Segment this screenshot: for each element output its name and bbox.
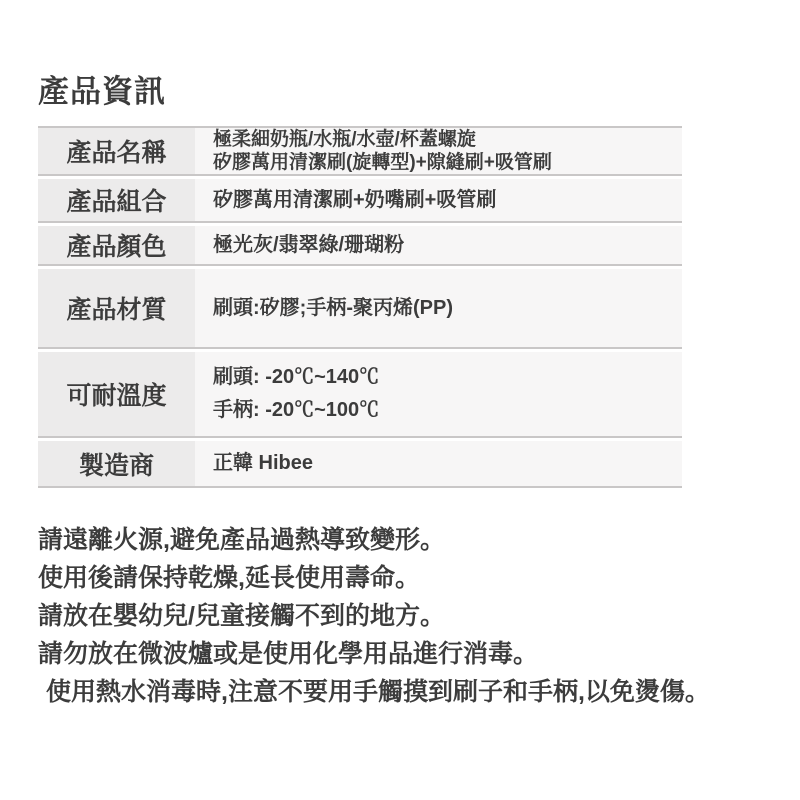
value-line: 手柄: -20℃~100℃ (213, 394, 682, 427)
note-line: 請放在嬰幼兒/兒童接觸不到的地方。 (38, 597, 762, 635)
row-label: 製造商 (38, 441, 195, 486)
table-row-temperature-tolerance: 可耐溫度 刷頭: -20℃~140℃ 手柄: -20℃~100℃ (38, 352, 682, 438)
value-line: 極光灰/翡翠綠/珊瑚粉 (213, 232, 682, 259)
row-value: 矽膠萬用清潔刷+奶嘴刷+吸管刷 (195, 179, 682, 221)
value-line: 刷頭: -20℃~140℃ (213, 361, 682, 394)
table-row-product-name: 產品名稱 極柔細奶瓶/水瓶/水壺/杯蓋螺旋 矽膠萬用清潔刷(旋轉型)+隙縫刷+吸… (38, 128, 682, 176)
row-label: 產品材質 (38, 269, 195, 347)
table-row-product-combo: 產品組合 矽膠萬用清潔刷+奶嘴刷+吸管刷 (38, 179, 682, 223)
row-value: 正韓 Hibee (195, 441, 682, 486)
note-line: 使用後請保持乾燥,延長使用壽命。 (38, 559, 762, 597)
row-label: 產品名稱 (38, 128, 195, 174)
note-line: 請勿放在微波爐或是使用化學用品進行消毒。 (38, 635, 762, 673)
table-row-product-color: 產品顏色 極光灰/翡翠綠/珊瑚粉 (38, 226, 682, 266)
row-label: 產品顏色 (38, 226, 195, 264)
table-row-product-material: 產品材質 刷頭:矽膠;手柄-聚丙烯(PP) (38, 269, 682, 349)
product-info-page: 產品資訊 產品名稱 極柔細奶瓶/水瓶/水壺/杯蓋螺旋 矽膠萬用清潔刷(旋轉型)+… (0, 0, 800, 800)
row-label: 產品組合 (38, 179, 195, 221)
row-value: 刷頭: -20℃~140℃ 手柄: -20℃~100℃ (195, 352, 682, 436)
page-title: 產品資訊 (38, 0, 762, 112)
usage-notes: 請遠離火源,避免產品過熱導致變形。 使用後請保持乾燥,延長使用壽命。 請放在嬰幼… (38, 521, 762, 711)
table-row-manufacturer: 製造商 正韓 Hibee (38, 441, 682, 488)
note-line: 請遠離火源,避免產品過熱導致變形。 (38, 521, 762, 559)
value-line: 正韓 Hibee (213, 450, 682, 477)
row-label: 可耐溫度 (38, 352, 195, 436)
row-value: 刷頭:矽膠;手柄-聚丙烯(PP) (195, 269, 682, 347)
value-line: 刷頭:矽膠;手柄-聚丙烯(PP) (213, 295, 682, 322)
value-line: 矽膠萬用清潔刷+奶嘴刷+吸管刷 (213, 187, 682, 214)
value-line: 矽膠萬用清潔刷(旋轉型)+隙縫刷+吸管刷 (213, 151, 682, 174)
value-line: 極柔細奶瓶/水瓶/水壺/杯蓋螺旋 (213, 128, 682, 151)
row-value: 極光灰/翡翠綠/珊瑚粉 (195, 226, 682, 264)
row-value: 極柔細奶瓶/水瓶/水壺/杯蓋螺旋 矽膠萬用清潔刷(旋轉型)+隙縫刷+吸管刷 (195, 128, 682, 174)
product-table: 產品名稱 極柔細奶瓶/水瓶/水壺/杯蓋螺旋 矽膠萬用清潔刷(旋轉型)+隙縫刷+吸… (38, 126, 682, 488)
note-line: 使用熱水消毒時,注意不要用手觸摸到刷子和手柄,以免燙傷。 (38, 673, 762, 711)
